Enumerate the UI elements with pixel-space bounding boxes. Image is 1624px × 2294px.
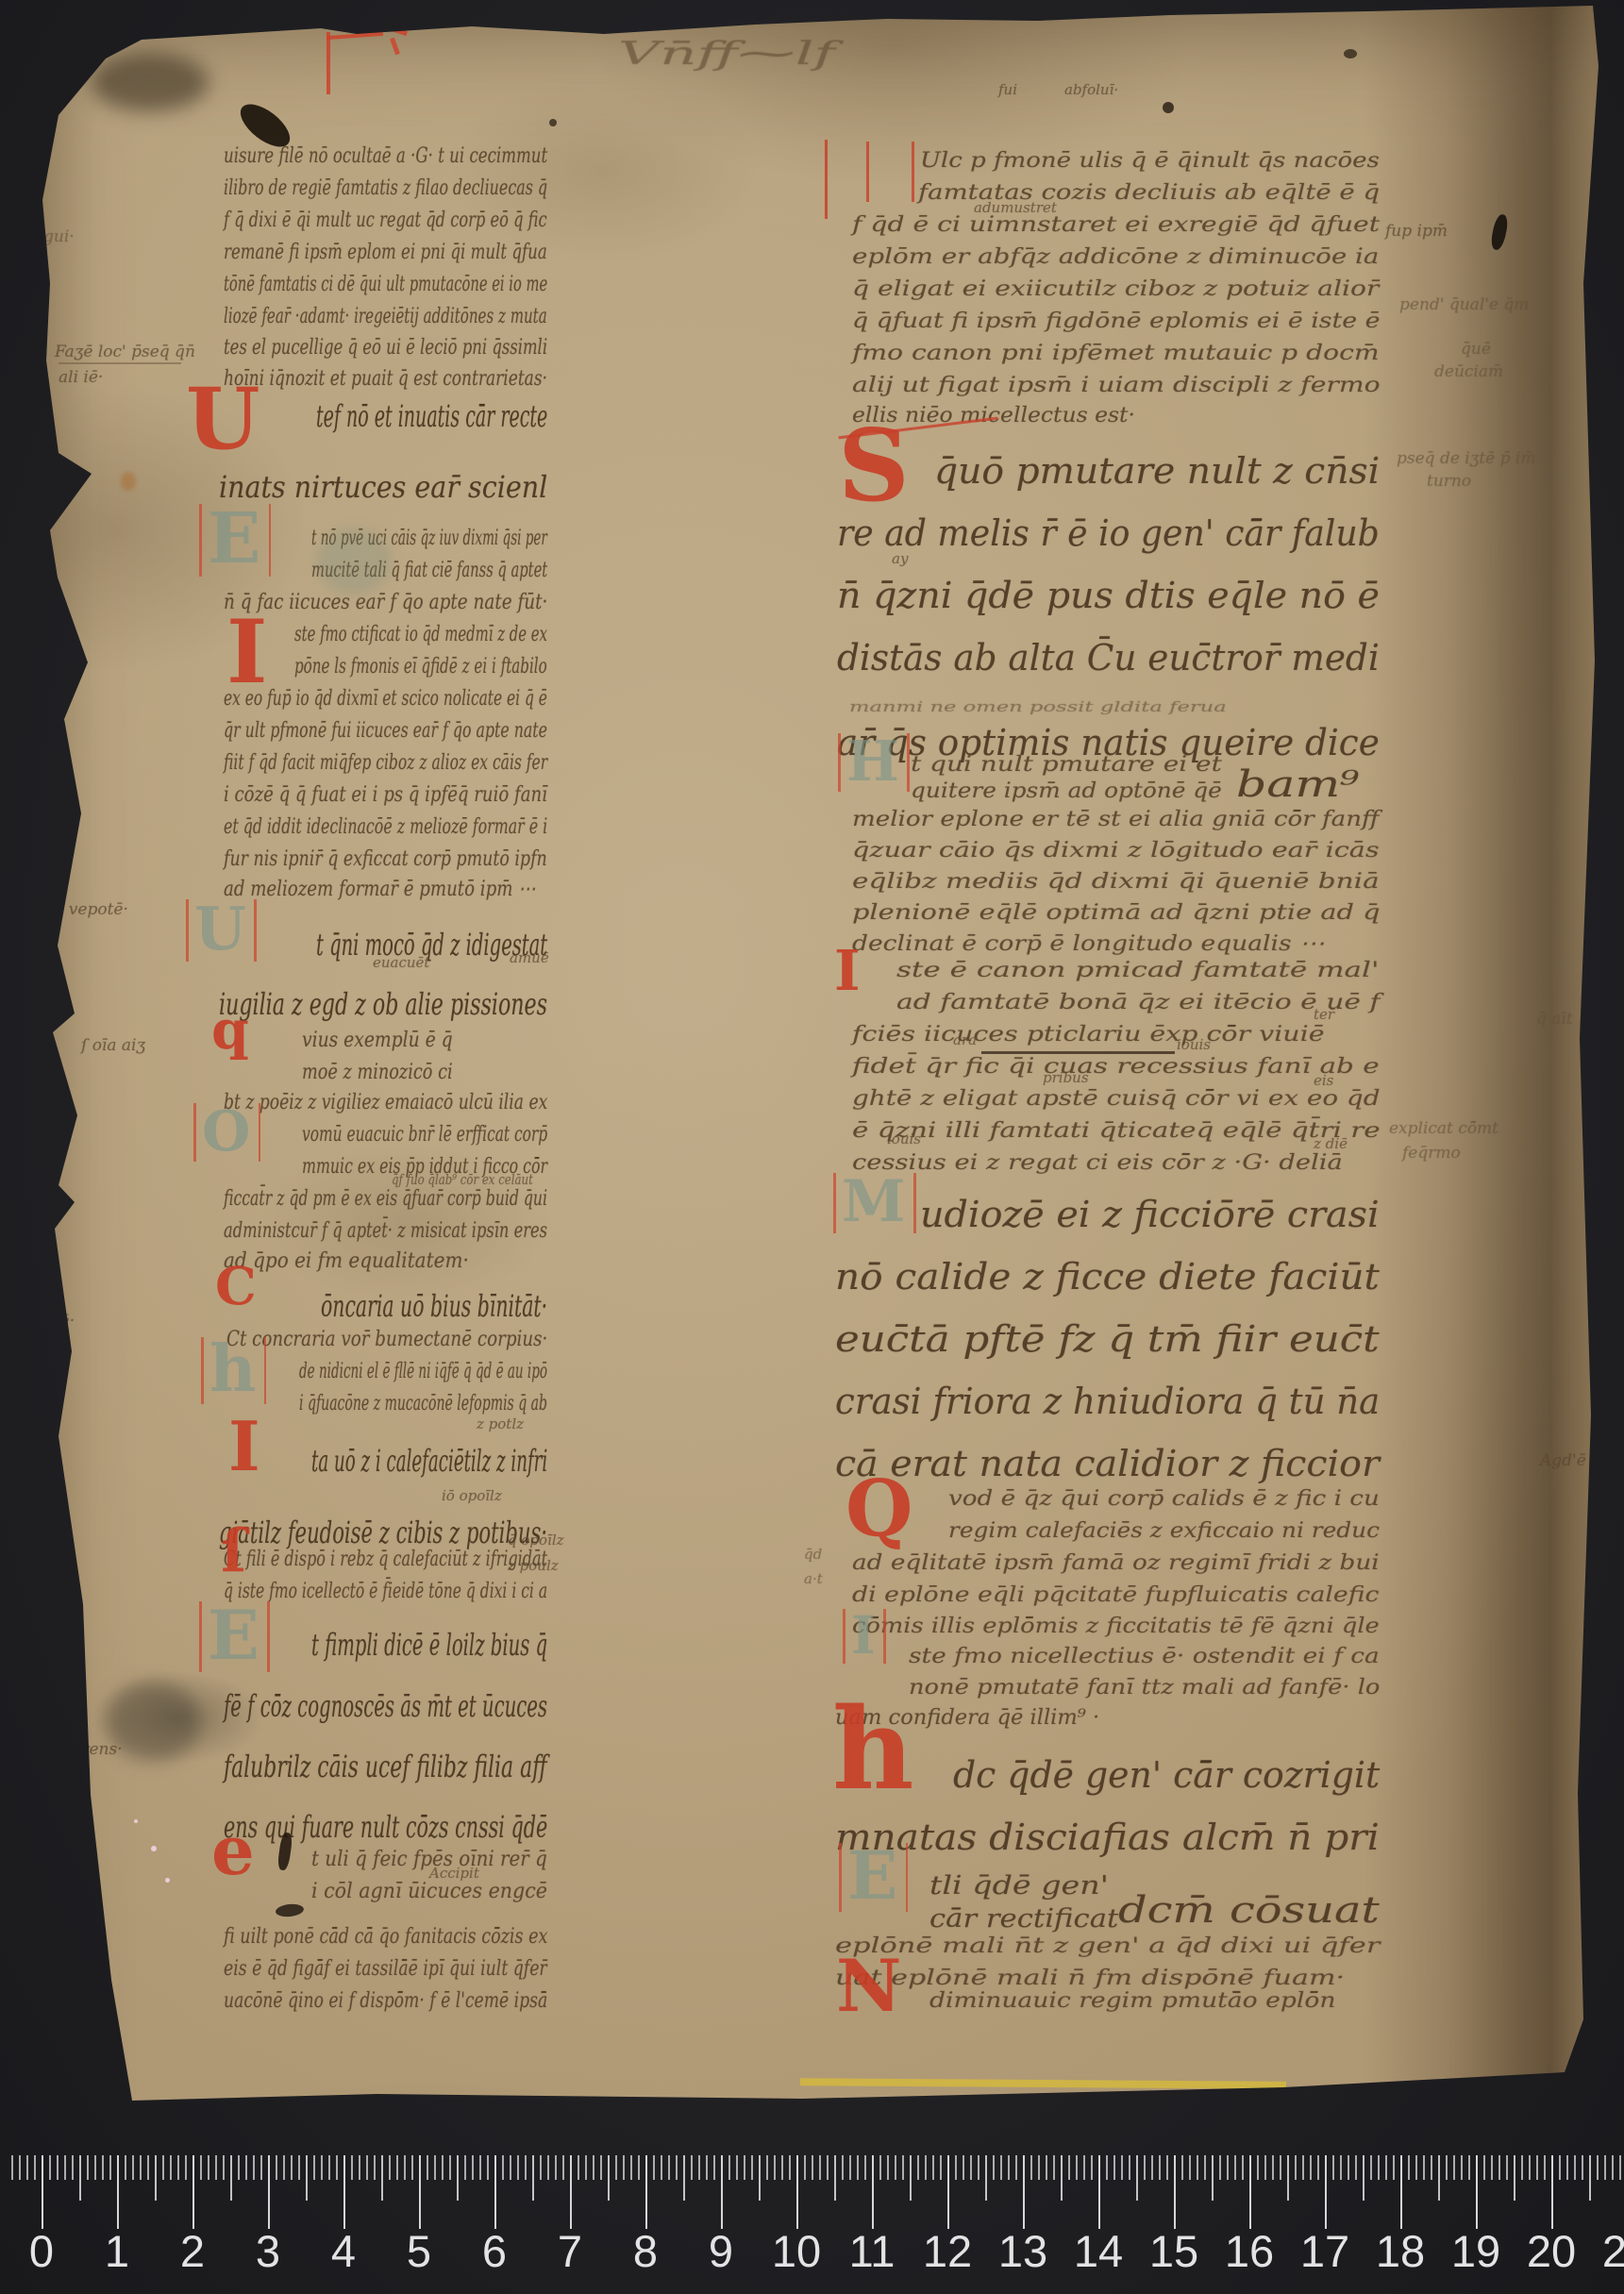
manuscript-text-line: q̄uō pmutare nult z cn̄si — [934, 453, 1380, 489]
ruler-tick — [396, 2155, 398, 2180]
illuminated-initial: q — [211, 1006, 249, 1055]
manuscript-text-line: fur nis ipnir̄ q̄ exficcat corp̄ pmutō i… — [224, 849, 547, 870]
ruler-scale: 0123456789101112131415161718192021 — [0, 2155, 1624, 2294]
ruler-tick — [562, 2155, 564, 2180]
ruler-number: 10 — [759, 2225, 834, 2277]
ruler-tick — [64, 2155, 66, 2180]
ruler-tick — [34, 2155, 36, 2180]
ruler-number: 13 — [985, 2225, 1061, 2277]
illuminated-initial: U — [186, 380, 260, 459]
ruler-tick — [970, 2155, 972, 2180]
ruler-tick — [1242, 2155, 1244, 2180]
ruler-tick — [510, 2155, 511, 2180]
manuscript-text-line: tōnē famtatis ci dē q̄ui ult pmutacōne e… — [224, 275, 547, 295]
ruler-tick — [1098, 2155, 1100, 2229]
illuminated-initial: M — [842, 1176, 906, 1229]
ruler-tick — [1506, 2155, 1508, 2180]
ruler-tick — [600, 2155, 602, 2180]
ruler-tick — [389, 2155, 391, 2180]
ruler-tick — [351, 2155, 353, 2180]
ruler-tick — [759, 2155, 761, 2201]
ruler-tick — [479, 2155, 481, 2180]
manuscript-text-line: t fimpli dicē ē loilz bius q̄ — [311, 1630, 547, 1660]
manuscript-text-line: remanē fi ipsm̄ eplom ei pni q̄i mult q̄… — [224, 243, 547, 263]
ruler-tick — [547, 2155, 549, 2180]
manuscript-text-line: nō calide z ficce diete faciūt — [835, 1259, 1380, 1295]
corner-shadow — [91, 53, 209, 111]
ruler-tick — [260, 2155, 262, 2180]
ruler-tick — [1023, 2155, 1025, 2229]
illuminated-initial: E — [847, 1846, 897, 1906]
ink-blot — [1489, 213, 1510, 251]
ruler-tick — [653, 2155, 655, 2180]
ruler-tick — [744, 2155, 745, 2180]
margin-note: altid̄uē· — [13, 1314, 75, 1330]
ruler-tick — [879, 2155, 881, 2180]
ruler-tick — [1181, 2155, 1183, 2180]
ruler-tick — [1446, 2155, 1448, 2180]
ruler-tick — [1348, 2155, 1349, 2180]
manuscript-text-line: manmi ne omen possit gldita ferua — [849, 700, 1227, 714]
ruler-tick — [1521, 2155, 1523, 2180]
ruler-tick — [1106, 2155, 1108, 2180]
ruler-tick — [1408, 2155, 1410, 2180]
pink-speck — [151, 1846, 157, 1851]
ruler-tick — [1619, 2155, 1621, 2180]
manuscript-text-line: eplōm er abfq̄z addicōne z diminucōe ia — [852, 247, 1379, 268]
margin-note: deūciam̄ — [1434, 364, 1503, 380]
ruler-number: 15 — [1136, 2225, 1212, 2277]
ruler-tick — [585, 2155, 587, 2180]
ruler-tick — [185, 2155, 187, 2180]
ruler-tick — [208, 2155, 209, 2180]
ruler-tick — [864, 2155, 866, 2180]
manuscript-text-line: moē z minozicō ci — [302, 1063, 453, 1083]
red-top-mark — [326, 32, 330, 94]
ruler-tick — [1212, 2155, 1214, 2201]
ruler-tick — [751, 2155, 753, 2180]
manuscript-text-line: ad eq̄litatē ipsm̄ famā oz regimī fridi … — [852, 1553, 1380, 1574]
ruler-tick — [1038, 2155, 1040, 2180]
manuscript-text-line: iō opoīlz — [442, 1489, 502, 1503]
manuscript-text-line: distās ab alta C̄u euc̄tror̄ medi — [837, 640, 1380, 676]
manuscript-text-line: ficcat̄r z q̄d pm ē ex eis q̄fuar̄ corp̄… — [224, 1189, 547, 1210]
manuscript-text-line: hoīni iq̄nozit et puait q̄ est contrarie… — [224, 369, 547, 390]
ruler-tick — [79, 2155, 81, 2201]
margin-note: turno — [1427, 474, 1471, 490]
manuscript-text-line: ens qui fuare nult cō̄zs cnssi q̄dē — [224, 1812, 547, 1842]
manuscript-text-line: eplōnē mali n̄t z gen' a q̄d dixi ui q̄f… — [835, 1936, 1380, 1957]
ruler-tick — [706, 2155, 708, 2180]
manuscript-text-line: ste fmo ctificat io q̄d medmī z de ex — [294, 625, 547, 645]
manuscript-text-line: ad meliozem formar̄ ē pmutō ipm̄ ⋯ — [224, 879, 535, 900]
ruler-tick — [502, 2155, 504, 2180]
manuscript-text-line: et q̄d iddit ideclinacōē z meliozē forma… — [224, 817, 547, 838]
manuscript-text-line: t qui nult pmutare ei et — [911, 755, 1222, 776]
manuscript-text-line: fi uilt ponē cā̄d cā̄ q̄o fanitacis cō̄z… — [224, 1927, 547, 1948]
ruler-tick — [472, 2155, 474, 2180]
manuscript-text-line: pribus — [1043, 1071, 1089, 1085]
manuscript-text-line: n̄ q̄ fac iicuces ear̄ f q̄o apte nate f… — [224, 593, 547, 613]
ink-blot — [275, 1902, 304, 1917]
illuminated-initial: O — [202, 1106, 250, 1157]
ruler-tick — [283, 2155, 285, 2180]
ruler-tick — [1566, 2155, 1568, 2180]
ruler-tick — [313, 2155, 315, 2180]
illuminated-initial: E — [208, 1604, 260, 1666]
illuminated-initial: h — [832, 1699, 914, 1801]
ruler-tick — [1476, 2155, 1478, 2229]
ruler-tick — [1068, 2155, 1070, 2180]
manuscript-text-line: q̄zuar cāio q̄s dixmi z lōgitudo ear̄ ic… — [852, 841, 1380, 862]
pink-speck — [134, 1819, 138, 1823]
manuscript-text-line: mnatas disciafias alcm̄ n̄ pri — [835, 1819, 1380, 1855]
manuscript-text-line: uacōnē q̄ino ei f dispō̄m· f ē l'cemē ip… — [224, 1991, 547, 2012]
ruler-tick — [117, 2155, 119, 2229]
ruler-tick — [736, 2155, 738, 2180]
manuscript-text-line: declinat ē corp̄ ē longitudo equalis ⋯ — [852, 934, 1325, 955]
ruler-number: 9 — [683, 2225, 759, 2277]
ruler-tick — [668, 2155, 670, 2180]
ruler-tick — [1378, 2155, 1380, 2180]
manuscript-text-line: i q̄fuacōne z mucacōnē lefopmis q̄ ab — [299, 1394, 547, 1415]
margin-note: pend' q̄ual'e q̄m — [1399, 297, 1529, 313]
manuscript-text-line: ē q̄zni illi famtati q̄ticateq̄ eq̄lē q̄… — [852, 1121, 1381, 1142]
ruler-tick — [336, 2155, 338, 2180]
manuscript-text-line: eq̄libz mediis q̄d dixmi q̄i q̄ueniē bni… — [852, 872, 1380, 893]
ruler-tick — [57, 2155, 59, 2180]
ruler-tick — [1144, 2155, 1146, 2180]
ruler-tick — [1461, 2155, 1463, 2180]
ruler-number: 2 — [155, 2225, 230, 2277]
ruler-tick — [11, 2155, 13, 2180]
illuminated-initial: I — [851, 1612, 876, 1660]
ruler-tick — [464, 2155, 466, 2180]
margin-note: ſ oīa aiʒ — [81, 1038, 145, 1054]
ruler-tick — [1257, 2155, 1259, 2180]
manuscript-text-line: euacuēt — [373, 956, 429, 970]
manuscript-text-line: di eplōne eq̄li pq̄citatē fupfluicatis c… — [852, 1585, 1379, 1606]
rust-stain — [121, 472, 136, 491]
ruler-tick — [442, 2155, 444, 2180]
manuscript-text-line: f q̄ dixi ē q̄i mult uc regat q̄d corp̄ … — [224, 210, 547, 231]
ruler-tick — [902, 2155, 904, 2180]
ruler-tick — [796, 2155, 798, 2229]
manuscript-text-line: amuē — [510, 951, 549, 965]
note-underline — [59, 362, 181, 364]
ruler-tick — [404, 2155, 406, 2180]
ruler-tick — [1227, 2155, 1229, 2180]
ruler-tick — [713, 2155, 715, 2180]
ruler-tick — [1559, 2155, 1561, 2180]
manuscript-text-line: vius exemplū ē q̄ — [302, 1030, 453, 1051]
ruler-tick — [94, 2155, 96, 2180]
ruler-tick — [321, 2155, 323, 2180]
manuscript-text-line: bt z poēiz z vigiliez emaiacō ulcū ilia … — [224, 1093, 547, 1114]
ruler-tick — [170, 2155, 172, 2180]
ruler-tick — [578, 2155, 579, 2180]
manuscript-text-line: tli q̄dē gen' — [929, 1873, 1109, 1899]
ruler-tick — [343, 2155, 345, 2229]
manuscript-text-line: ilibro de regiē famtatis z filao decliue… — [224, 178, 547, 199]
manuscript-text-line: ste ē canon pmicad famtatē mal' — [896, 961, 1380, 981]
ruler-tick — [102, 2155, 104, 2180]
ruler-tick — [245, 2155, 247, 2180]
manuscript-text-line: vod ē q̄z q̄ui corp̄ calids ē z fic i cu — [948, 1489, 1380, 1510]
ruler-tick — [1415, 2155, 1417, 2180]
parchment-page: Vn̄ff⁓lfuisure filē nō ocultaē a ·G· t u… — [0, 0, 1624, 2294]
ruler-tick — [381, 2155, 383, 2201]
margin-note: offerens· — [51, 1742, 123, 1758]
manuscript-text-line: ghtē z eligat apstē cuisq̄ cō̄r vi ex eo… — [852, 1089, 1381, 1110]
ruler-tick — [1076, 2155, 1078, 2180]
manuscript-text-line: ad famtatē bonā q̄z ei itēcio ē uē f — [896, 993, 1380, 1013]
manuscript-text-line: cessius ei z regat ci eis cō̄r z ·G· del… — [852, 1153, 1343, 1174]
red-paragraph-stroke — [825, 140, 828, 219]
ruler-tick — [1370, 2155, 1372, 2180]
ruler-number: 14 — [1061, 2225, 1136, 2277]
ruler-tick — [1083, 2155, 1085, 2180]
ruler-tick — [645, 2155, 647, 2229]
ruler-tick — [177, 2155, 179, 2180]
ruler-tick — [155, 2155, 157, 2201]
ruler-tick — [1113, 2155, 1115, 2180]
manuscript-text-line: de nidicni el ē fllē ni iq̄fē q̄ q̄d ē a… — [299, 1362, 547, 1382]
margin-note: feq̄rmo — [1402, 1146, 1461, 1162]
ruler-tick — [638, 2155, 640, 2180]
ruler-tick — [827, 2155, 829, 2180]
margin-note: Faʒē loc' p̄seq̄ q̄n̄ — [55, 344, 195, 360]
red-paragraph-stroke — [866, 142, 869, 202]
manuscript-text-line: Ct fili ē dispō i rebz q̄ calefaciūt z i… — [224, 1549, 547, 1570]
margin-note: q̄ aīt — [1536, 1012, 1573, 1028]
ruler-tick — [1355, 2155, 1357, 2180]
illuminated-initial: H — [846, 736, 899, 787]
ruler-tick — [698, 2155, 700, 2180]
ruler-tick — [1302, 2155, 1304, 2180]
ruler-tick — [1046, 2155, 1047, 2180]
manuscript-text-line: fiit f q̄d facit miq̄fep ciboz z alioz e… — [224, 753, 547, 774]
manuscript-text-line: q̄ iste fmo icellectō ē f̄ieidē tōne q̄ … — [224, 1582, 547, 1602]
manuscript-text-line: iugilia z egd z ob alie pissiones — [219, 989, 547, 1019]
ruler-tick — [1582, 2155, 1583, 2180]
ruler-tick — [728, 2155, 730, 2180]
ruler-tick — [1340, 2155, 1342, 2180]
ruler-tick — [623, 2155, 625, 2180]
manuscript-text-line: cā̄r rectificat — [929, 1906, 1118, 1932]
manuscript-text-line: fidet̄ q̄r fic q̄i cuas recessius fanī a… — [852, 1057, 1380, 1078]
ruler-number: 21 — [1589, 2225, 1624, 2277]
ruler-tick — [1612, 2155, 1614, 2180]
manuscript-text-line: q̄ q̄fuat fi ipsm̄ figdōnē eplomis ei ē … — [852, 311, 1381, 332]
ruler-tick — [676, 2155, 678, 2180]
manuscript-text-line: q̄d — [804, 1548, 822, 1562]
ruler-tick — [1197, 2155, 1198, 2180]
ruler-tick — [1272, 2155, 1274, 2180]
ruler-tick — [1514, 2155, 1515, 2201]
ruler-tick — [1295, 2155, 1297, 2180]
ruler-number: 18 — [1363, 2225, 1438, 2277]
ruler-tick — [910, 2155, 912, 2201]
ruler-tick — [1325, 2155, 1327, 2229]
ruler-tick — [238, 2155, 240, 2180]
ruler-tick — [1574, 2155, 1576, 2180]
margin-note: q̄uē — [1461, 342, 1491, 358]
ruler-tick — [661, 2155, 662, 2180]
ruler-tick — [1423, 2155, 1425, 2180]
ruler-tick — [1166, 2155, 1168, 2180]
ruler-tick — [162, 2155, 164, 2180]
ruler-tick — [842, 2155, 844, 2180]
ruler-tick — [42, 2155, 43, 2229]
ruler-tick — [947, 2155, 949, 2229]
manuscript-text-line: q̄r ult pfmonē fui iicuces ear̄ f q̄o ap… — [224, 721, 547, 742]
ruler-tick — [895, 2155, 896, 2180]
manuscript-text-line: fmo canon pni ipfēmet mutauic p docm̄ — [852, 343, 1380, 364]
ruler-tick — [1091, 2155, 1093, 2180]
manuscript-text-line: uat eplōnē mali n̄ fm dispōnē fuam· — [835, 1968, 1345, 1989]
ruler-tick — [359, 2155, 360, 2180]
ruler-number: 16 — [1212, 2225, 1287, 2277]
ruler-tick — [1385, 2155, 1387, 2180]
ruler-tick — [978, 2155, 979, 2180]
red-top-mark — [390, 38, 400, 56]
margin-note: vr al' vepotē· — [23, 902, 128, 918]
manuscript-text-line: i cōl agnī ūicuces engcē — [311, 1882, 547, 1902]
ruler-tick — [427, 2155, 428, 2180]
ruler-tick — [1000, 2155, 1002, 2180]
ruler-tick — [1121, 2155, 1123, 2180]
manuscript-text-line: quitere ipsm̄ ad optōnē q̄ē — [911, 781, 1222, 802]
manuscript-text-line: liozē fear̄ ·adamt· iregeiētij additōnes… — [224, 307, 547, 327]
manuscript-text-line: f q̄d ē ci uimnstaret ei exregiē q̄d q̄f… — [852, 215, 1380, 236]
ink-speck — [549, 119, 557, 126]
manuscript-text-line: tes el pucellige q̄ eō ui ē leciō pni q̄… — [224, 338, 547, 359]
manuscript-text-line: giātilz feudoisē z cibis z potibus· — [219, 1517, 547, 1548]
illuminated-initial: Q — [845, 1474, 912, 1545]
manuscript-text-line: q̄ opoīlz — [508, 1533, 564, 1548]
ruler-tick — [72, 2155, 74, 2180]
ruler-tick — [1061, 2155, 1063, 2201]
manuscript-text-line: plenionē eq̄lē optimā ad q̄zni ptie ad q… — [852, 903, 1381, 924]
ruler-tick — [887, 2155, 889, 2180]
ruler-tick — [1015, 2155, 1017, 2180]
ruler-tick — [1604, 2155, 1606, 2180]
ruler-tick — [200, 2155, 202, 2180]
manuscript-text-line: re ad melis r̄ ē io gen' cā̄r falub — [837, 515, 1380, 551]
manuscript-text-line: i cōzē q̄ q̄ fuat ei i ps q̄ ipfēq̄ ruiō… — [224, 785, 547, 806]
ruler-tick — [955, 2155, 957, 2180]
ruler-tick — [721, 2155, 723, 2229]
manuscript-text-line: melior eplone er tē st ei alia gniā cō̄r… — [852, 810, 1380, 830]
manuscript-text-line: uisure filē nō ocultaē a ·G· t ui cecimm… — [224, 146, 547, 167]
faded-green-ghost — [316, 528, 392, 594]
ruler-number: 3 — [230, 2225, 306, 2277]
ruler-tick — [109, 2155, 111, 2180]
manuscript-text-line: ter̄ — [1314, 1008, 1334, 1022]
manuscript-text-line: falubrilz cāis ucef filibz filia aff — [224, 1751, 547, 1782]
illuminated-initial: ſ — [221, 1524, 246, 1579]
manuscript-photo: Vn̄ff⁓lfuisure filē nō ocultaē a ·G· t u… — [0, 0, 1624, 2294]
ruler-tick — [411, 2155, 413, 2180]
ruler-tick — [449, 2155, 451, 2180]
illuminated-initial: E — [208, 507, 260, 571]
manuscript-text-line: z potlz — [477, 1417, 524, 1432]
ruler-number: 7 — [532, 2225, 608, 2277]
ruler-tick — [1264, 2155, 1266, 2180]
ruler-tick — [917, 2155, 919, 2180]
ruler-tick — [872, 2155, 874, 2229]
manuscript-text-line: Ulc p fmonē ulis q̄ ē q̄inult q̄s nacōes — [920, 151, 1380, 172]
ruler-tick — [193, 2155, 194, 2229]
ruler-tick — [1189, 2155, 1191, 2180]
gilt-edge-sliver — [800, 2078, 1286, 2089]
ruler-tick — [1053, 2155, 1055, 2180]
manuscript-text-line: dcm̄ cōsuat — [1118, 1892, 1380, 1928]
ruler-tick — [1204, 2155, 1206, 2180]
illuminated-initial: N — [836, 1953, 901, 2019]
ruler-tick — [1551, 2155, 1553, 2229]
ruler-tick — [87, 2155, 89, 2180]
manuscript-text-line: iouis — [887, 1132, 921, 1147]
manuscript-text-line: eis — [1314, 1074, 1333, 1088]
ruler-tick — [298, 2155, 300, 2180]
manuscript-text-line: cō̄mis illis eplō̄mis z ficcitatis tē fē… — [852, 1616, 1380, 1637]
margin-note: ali iē· — [59, 370, 103, 386]
ruler-tick — [593, 2155, 594, 2180]
ruler-tick — [125, 2155, 126, 2180]
ruler-tick — [306, 2155, 308, 2201]
ruler-tick — [683, 2155, 685, 2201]
ruler-tick — [1332, 2155, 1334, 2180]
ruler-tick — [1431, 2155, 1432, 2180]
manuscript-text-line: z diē — [1314, 1137, 1348, 1151]
manuscript-text-line: Accipit — [429, 1867, 479, 1881]
manuscript-text-line: nonē pmutatē fanī ttz mali ad fanfē· lo — [909, 1678, 1380, 1699]
ruler-tick — [366, 2155, 368, 2180]
strikethrough-line — [981, 1051, 1175, 1054]
ruler-number: 1 — [79, 2225, 155, 2277]
ruler-tick — [1136, 2155, 1138, 2201]
ruler-tick — [555, 2155, 557, 2180]
ruler-tick — [434, 2155, 436, 2180]
illuminated-initial: U — [194, 902, 246, 957]
ruler-tick — [26, 2155, 28, 2180]
manuscript-text-line: diminuauic regim pmutā̄o eplō̄n — [929, 1991, 1335, 2012]
ruler-tick — [781, 2155, 783, 2180]
ruler-tick — [985, 2155, 987, 2201]
manuscript-text-line: ara — [953, 1033, 977, 1047]
ruler-tick — [19, 2155, 21, 2180]
ruler-tick — [804, 2155, 806, 2180]
ruler-tick — [1234, 2155, 1236, 2180]
manuscript-text-line: q̄ eligat ei exiicutilz ciboz z potuiz a… — [852, 279, 1379, 300]
grey-smudge — [106, 1682, 200, 1762]
ruler-tick — [49, 2155, 51, 2180]
ruler-tick — [1498, 2155, 1500, 2180]
ruler-tick — [1317, 2155, 1319, 2180]
pink-speck — [165, 1878, 170, 1883]
top-inscription: Vn̄ff⁓lf — [618, 38, 835, 70]
ruler-tick — [1129, 2155, 1130, 2180]
ruler-tick — [1174, 2155, 1176, 2229]
manuscript-text-line: dc q̄dē gen' cā̄r cozrigit — [953, 1757, 1380, 1793]
ruler-tick — [1249, 2155, 1251, 2229]
manuscript-text-line: ex eo fup̄ io q̄d dixmī et scico nolicat… — [224, 689, 547, 710]
ruler-tick — [487, 2155, 489, 2180]
ruler-tick — [1159, 2155, 1161, 2180]
ruler-tick — [1287, 2155, 1289, 2201]
